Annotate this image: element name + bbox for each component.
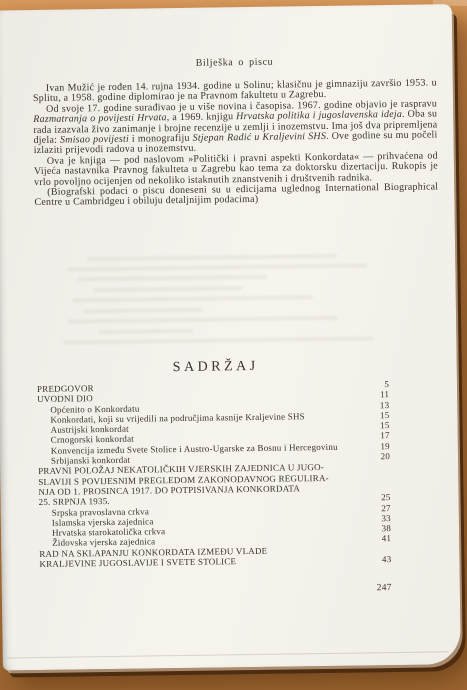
- toc-entry-label: KRALJEVINE JUGOSLAVIJE I SVETE STOLICE: [39, 556, 236, 569]
- toc-entry-page: 33: [367, 513, 391, 524]
- page-number-footer: 247: [40, 583, 394, 598]
- toc-entry-page: 19: [366, 441, 390, 452]
- toc-entry-page: 41: [367, 534, 391, 545]
- toc-entry-page: 13: [365, 400, 389, 411]
- toc-entry-page: 5: [365, 379, 389, 390]
- show-through-text: [47, 245, 387, 250]
- book-page: Bilješka o piscu Ivan Mužić je rođen 14.…: [0, 4, 461, 670]
- toc-section: SADRŽAJ PREDGOVOR5UVODNI DIO11Općenito o…: [37, 357, 392, 569]
- toc-list: PREDGOVOR5UVODNI DIO11Općenito o Konkord…: [37, 379, 392, 569]
- toc-entry-page: 25: [366, 492, 390, 503]
- toc-title: SADRŽAJ: [43, 357, 389, 378]
- toc-entry-page: 17: [366, 431, 390, 442]
- note-paragraph: Od svoje 17. godine surađivao je u više …: [33, 99, 438, 157]
- toc-entry-page: 11: [365, 389, 389, 400]
- toc-entry-page: 15: [365, 420, 389, 431]
- toc-entry-page: 27: [367, 503, 391, 514]
- toc-entry-page: 20: [366, 451, 390, 462]
- author-note-section: Bilješka o piscu Ivan Mužić je rođen 14.…: [32, 54, 438, 209]
- note-paragraph: (Biografski podaci o piscu doneseni su u…: [34, 182, 438, 208]
- toc-entry-page: 43: [367, 554, 391, 565]
- note-paragraphs: Ivan Mužić je rođen 14. rujna 1934. godi…: [33, 78, 439, 209]
- note-title: Bilješka o piscu: [32, 54, 436, 71]
- toc-entry-page: 15: [365, 410, 389, 421]
- book-photo-background: { "colors": { "background_board": "#b576…: [0, 0, 467, 690]
- toc-entry-page: 38: [367, 523, 391, 534]
